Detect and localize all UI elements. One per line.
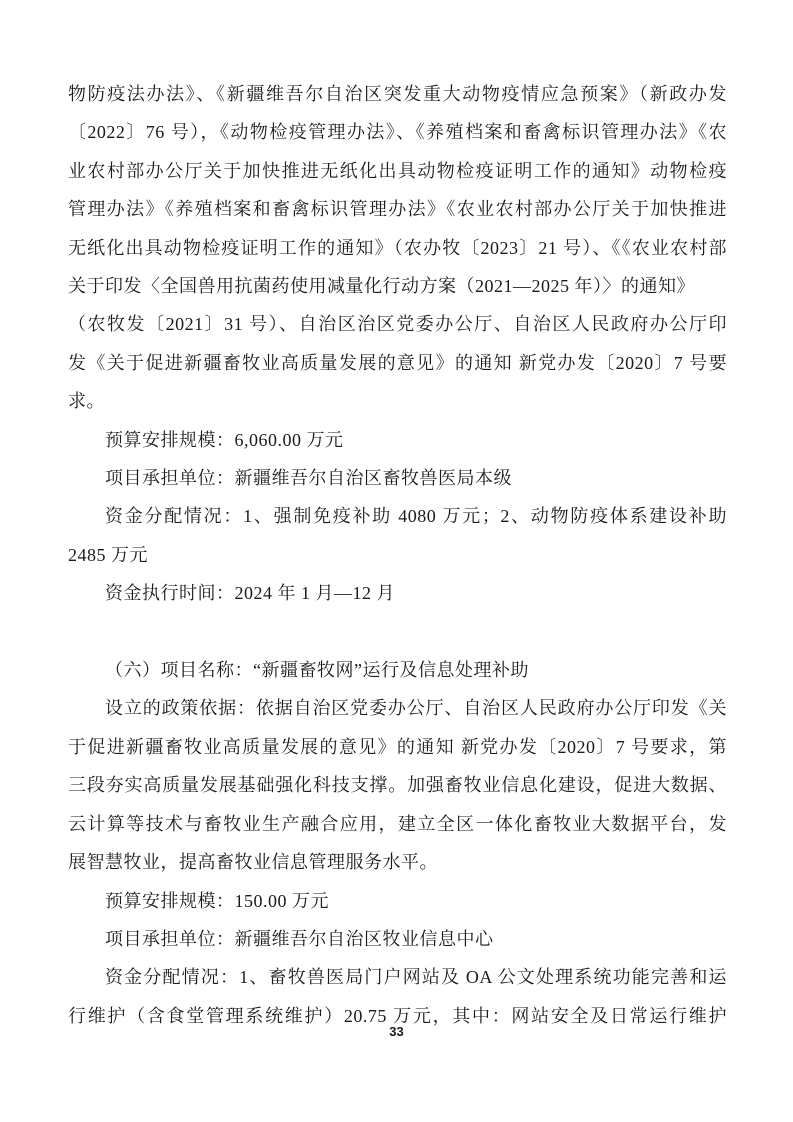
text-line: （农牧发〔2021〕31 号）、自治区治区党委办公厅、自治区人民政府办公厅印 bbox=[68, 305, 727, 343]
text-line: 资金分配情况：1、强制免疫补助 4080 万元；2、动物防疫体系建设补助 bbox=[68, 497, 727, 535]
document-page: 物防疫法办法》、《新疆维吾尔自治区突发重大动物疫情应急预案》（新政办发〔2022… bbox=[0, 0, 793, 1122]
text-line: （六）项目名称：“新疆畜牧网”运行及信息处理补助 bbox=[68, 651, 727, 689]
text-line: 2485 万元 bbox=[68, 536, 727, 574]
text-line: 求。 bbox=[68, 382, 727, 420]
text-line: 三段夯实高质量发展基础强化科技支撑。加强畜牧业信息化建设，促进大数据、 bbox=[68, 766, 727, 804]
text-line: 〔2022〕76 号），《动物检疫管理办法》、《养殖档案和畜禽标识管理办法》《农 bbox=[68, 113, 727, 151]
text-line: 展智慧牧业，提高畜牧业信息管理服务水平。 bbox=[68, 843, 727, 881]
text-line: 项目承担单位：新疆维吾尔自治区畜牧兽医局本级 bbox=[68, 459, 727, 497]
text-line: 发《关于促进新疆畜牧业高质量发展的意见》的通知 新党办发〔2020〕7 号要 bbox=[68, 344, 727, 382]
text-line: 资金执行时间：2024 年 1 月—12 月 bbox=[68, 574, 727, 612]
text-line: 预算安排规模：6,060.00 万元 bbox=[68, 421, 727, 459]
text-line: 预算安排规模：150.00 万元 bbox=[68, 882, 727, 920]
text-line: 业农村部办公厅关于加快推进无纸化出具动物检疫证明工作的通知》动物检疫 bbox=[68, 152, 727, 190]
text-line: 关于印发〈全国兽用抗菌药使用减量化行动方案（2021—2025 年）〉的通知》 bbox=[68, 267, 727, 305]
text-line: 管理办法》《养殖档案和畜禽标识管理办法》《农业农村部办公厅关于加快推进 bbox=[68, 190, 727, 228]
text-line: 无纸化出具动物检疫证明工作的通知》（农办牧〔2023〕21 号）、《《农业农村部 bbox=[68, 229, 727, 267]
text-line: 云计算等技术与畜牧业生产融合应用，建立全区一体化畜牧业大数据平台，发 bbox=[68, 805, 727, 843]
page-number: 33 bbox=[0, 1024, 793, 1039]
text-line: 项目承担单位：新疆维吾尔自治区牧业信息中心 bbox=[68, 920, 727, 958]
text-line: 设立的政策依据：依据自治区党委办公厅、自治区人民政府办公厅印发《关 bbox=[68, 689, 727, 727]
blank-line bbox=[68, 613, 727, 651]
document-body: 物防疫法办法》、《新疆维吾尔自治区突发重大动物疫情应急预案》（新政办发〔2022… bbox=[68, 75, 727, 1035]
text-line: 于促进新疆畜牧业高质量发展的意见》的通知 新党办发〔2020〕7 号要求，第 bbox=[68, 728, 727, 766]
text-line: 物防疫法办法》、《新疆维吾尔自治区突发重大动物疫情应急预案》（新政办发 bbox=[68, 75, 727, 113]
text-line: 资金分配情况：1、畜牧兽医局门户网站及 OA 公文处理系统功能完善和运 bbox=[68, 958, 727, 996]
